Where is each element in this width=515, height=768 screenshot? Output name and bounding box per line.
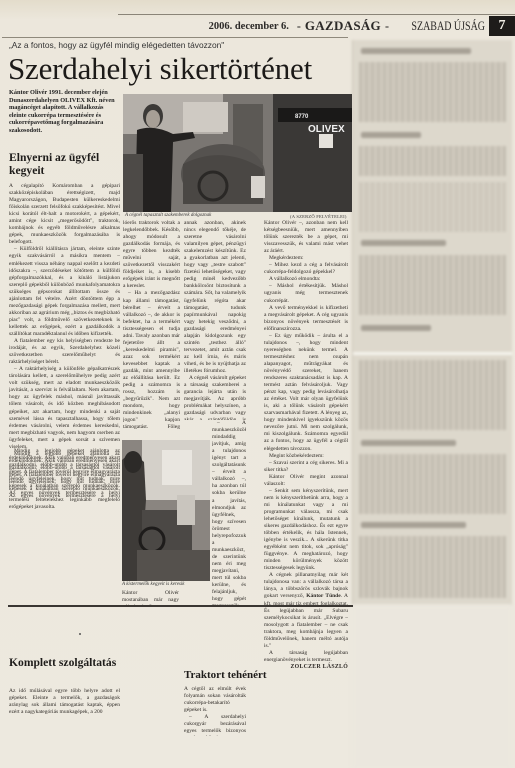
photo-workshop: 8770 OLIVEX [123,94,352,212]
paragraph: annak azonban, akinek nincs elegendő tők… [184,220,246,375]
photo-caption: A cégnél tapasztalt szakemberek dolgozna… [125,213,211,218]
column-3-end: A cégtől az elmúlt évek folyamán sokan v… [184,686,246,736]
paragraph: A cégnek pillanatnyilag már két tulajdon… [264,572,348,650]
paragraph: A cégnél vásárolt gépeket a társaság sza… [184,375,246,420]
text: . A kft. most már tíz embert foglalkozta… [264,593,348,648]
newspaper-page: 2006. december 6. - GAZDASÁG - SZABAD ÚJ… [0,0,515,768]
issue-date: 2006. december 6. [209,21,289,32]
paragraph: – Máshol értékesítjük. Máshol ugyanis mé… [264,283,348,304]
header-rule [2,37,348,38]
column-3-narrow: – A munkaeszközöket mindaddig javítjuk, … [212,420,246,605]
subhead-elnyerni: Elnyerni az ügyfél kegyeit [9,151,121,177]
separator: - [297,19,301,34]
page-number: 7 [489,16,515,36]
paragraph: – Mihez kezd a cég a felvásárolt cukorré… [264,262,348,276]
newspaper-name: SZABAD ÚJSÁG [411,19,485,34]
bottom-rule [8,605,353,607]
paragraph: A fiatalember egy kis helyiségben rendez… [9,338,120,366]
paragraph: – Senkit sem kényszerítünk, mert nem is … [264,488,348,573]
paragraph: – A szerdahelyi cukorgyár bezárásával eg… [184,714,246,736]
paragraph: Kántor Olivér megint azonnal válaszolt: [264,474,348,488]
paragraph: – Szavai szerint a cég sikeres. Mi a sik… [264,460,348,474]
paragraph: – Külföldről kiállításra jártam, eleinte… [9,246,120,338]
section-name: GAZDASÁG [305,18,381,34]
paragraph: A cégtől az elmúlt évek folyamán sokan v… [184,686,246,714]
paragraph: A vevő terményekkel is kifizetheti a meg… [264,305,348,333]
blurred-sidebar [352,40,512,605]
paragraph: lóerős traktorok voltak a legkelendőbbek… [123,220,180,290]
person-name: Kántor Tünde [306,593,340,599]
column-2: lóerős traktorok voltak a legkelendőbbek… [123,220,180,430]
paragraph: – Ha a mezőgazdász kap állami támogatást… [123,290,180,430]
paragraph: A vállalkozó elmondta: [264,276,348,283]
column-2-lower: Kántor Olivér mostanában már nagy teljes… [122,590,179,606]
masthead: 2006. december 6. - GAZDASÁG - SZABAD ÚJ… [209,16,515,36]
svg-text:OLIVEX: OLIVEX [308,124,345,135]
blurred-lower-area [352,605,512,768]
paragraph: A társaság legújabban energianövényeket … [264,650,348,664]
paragraph: Mindig a legjobb gépeket ajánlotta az ér… [9,448,120,511]
column-4: Kántor Olivér –, azonban nem kell kétség… [264,220,348,740]
paragraph: – A raktárhelyiség a különféle gépalkatr… [9,366,120,451]
subhead-komplett: Komplett szolgáltatás [9,656,121,669]
paragraph: A cégalapító Komáromban a gépipari szakk… [9,183,120,246]
paragraph: Kántor Olivér –, azonban nem kell kétség… [264,220,348,255]
customer-photo-image [122,440,210,581]
photo-caption: A kistermelők kegyeit is keresik [122,582,184,587]
photo-credit: (A SZERZŐ FELVÉTELEI) [290,214,347,219]
paragraph: – Ez úgy működik – árulta el a tulajdono… [264,333,348,453]
top-rule [118,14,515,15]
article-headline: Szerdahelyi sikertörténet [8,52,312,86]
svg-text:8770: 8770 [295,114,309,120]
column-1-end: Az idő múlásával egyre több helyre adott… [9,688,120,738]
paragraph: Megint közbekérdeztem: [264,453,348,460]
column-1-lower: Mindig a legjobb gépeket ajánlotta az ér… [9,448,120,573]
paragraph: Kántor Olivér mostanában már nagy teljes… [122,590,179,606]
separator: - [385,19,389,34]
speck [79,633,81,635]
article-lead: Kántor Olivér 1991. decem­ber elején Dun… [9,89,119,135]
column-3: annak azonban, akinek nincs elegendő tők… [184,220,246,420]
photo-customer [122,440,210,581]
paragraph: – A munkaeszközöket mindaddig javítjuk, … [212,420,246,605]
article-kicker: „Az a fontos, hogy az ügyfél mindig elég… [9,40,224,50]
paragraph: Az idő múlásával egyre több helyre adott… [9,688,120,716]
workshop-photo-image: 8770 OLIVEX [123,94,352,212]
author-byline: ZOLCZER LÁSZLÓ [264,664,348,671]
